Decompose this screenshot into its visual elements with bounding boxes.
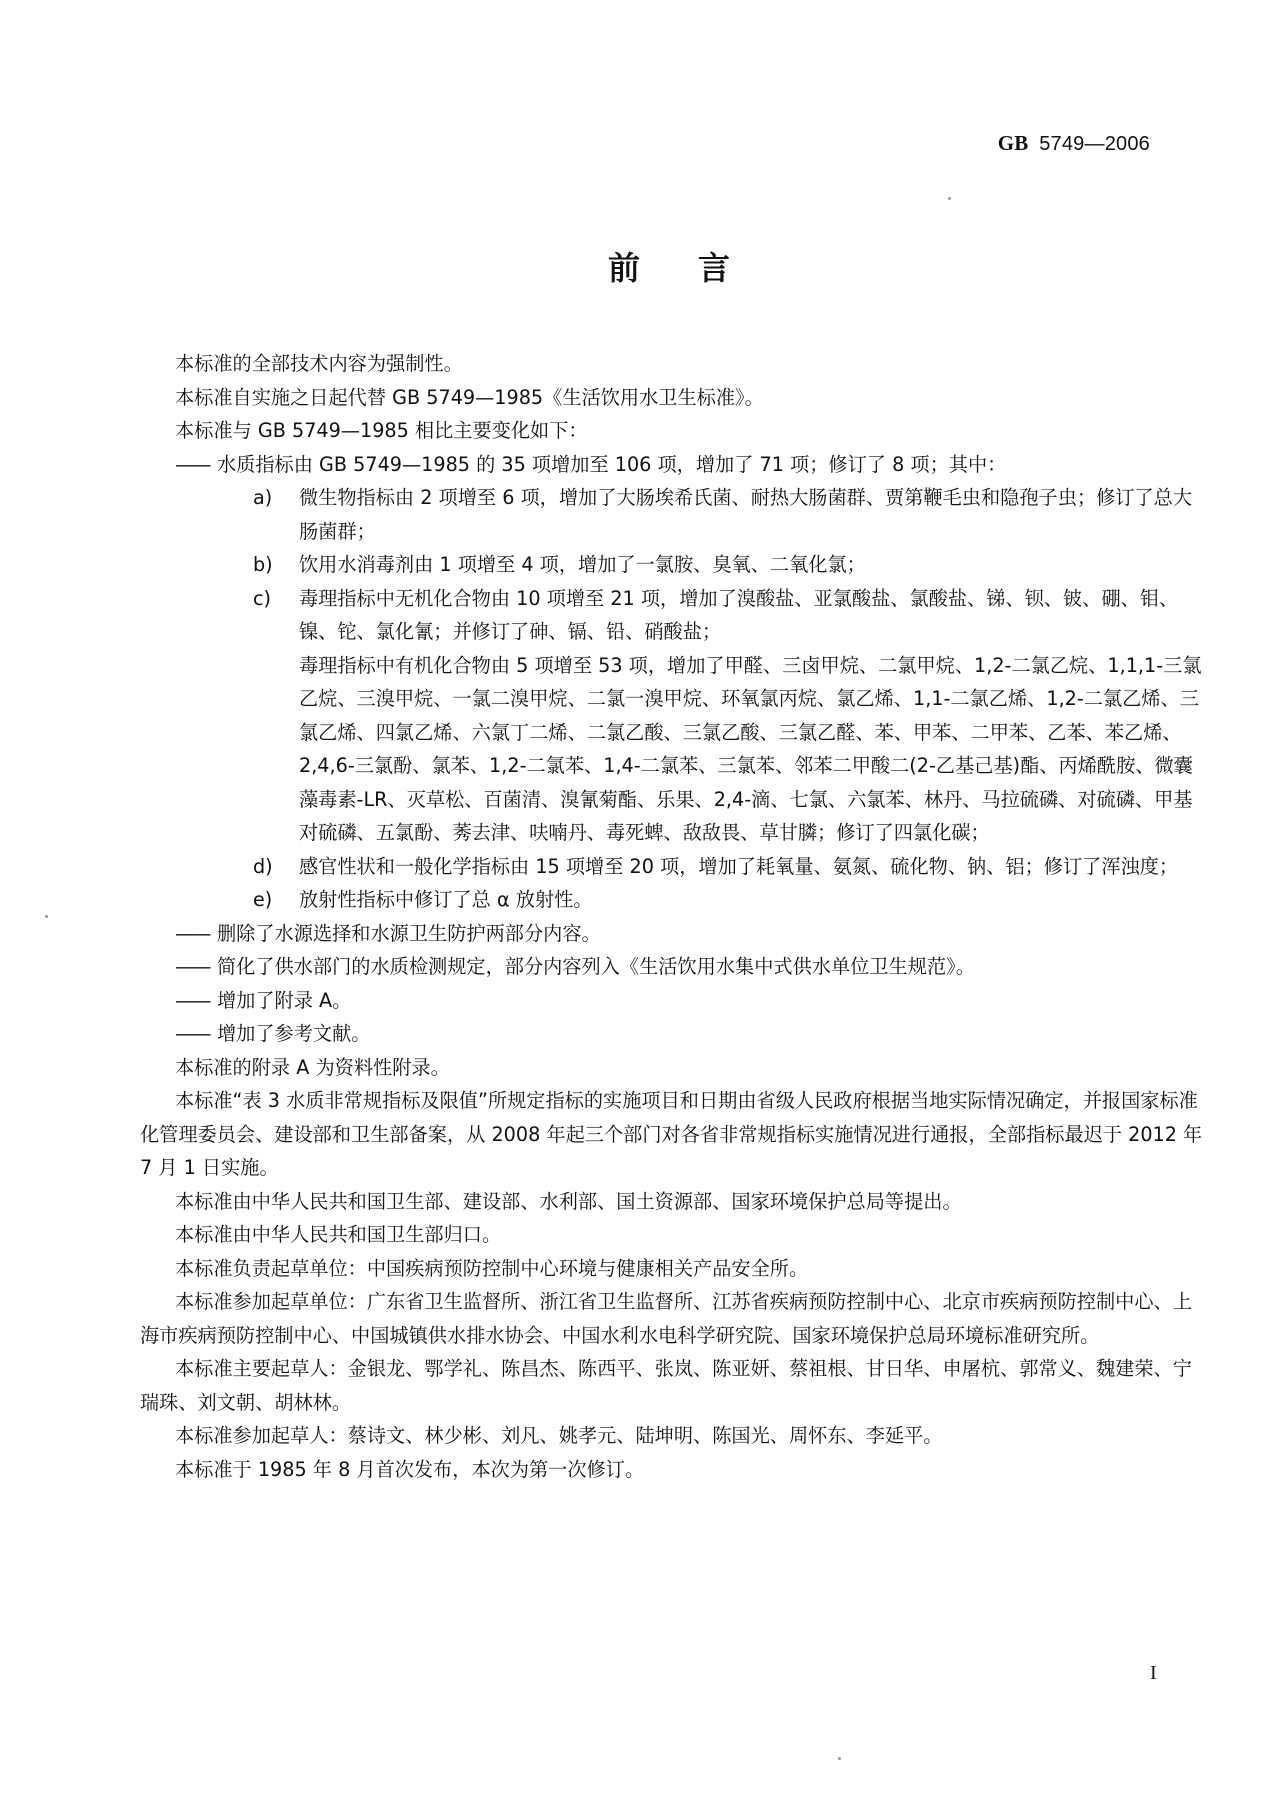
list-item-c: c) 毒理指标中无机化合物由 10 项增至 21 项，增加了溴酸盐、亚氯酸盐、氯… [140, 582, 1208, 649]
foreword-body: 本标准的全部技术内容为强制性。 本标准自实施之日起代替 GB 5749—1985… [140, 347, 1208, 1486]
dash-item-removed: ——删除了水源选择和水源卫生防护两部分内容。 [140, 917, 1208, 951]
scan-speck [45, 915, 48, 918]
standard-code: GB 5749—2006 [998, 131, 1150, 156]
paragraph-centralized-by: 本标准由中华人民共和国卫生部归口。 [140, 1218, 1208, 1252]
list-item-a: a) 微生物指标由 2 项增至 6 项，增加了大肠埃希氏菌、耐热大肠菌群、贾第鞭… [140, 481, 1208, 548]
dash-item-references: ——增加了参考文献。 [140, 1017, 1208, 1051]
standard-number: 5749—2006 [1039, 133, 1150, 155]
dash-item-indicators: ——水质指标由 GB 5749—1985 的 35 项增加至 106 项，增加了… [140, 448, 1208, 482]
paragraph-main-drafters: 本标准主要起草人：金银龙、鄂学礼、陈昌杰、陈西平、张岚、陈亚妍、蔡祖根、甘日华、… [140, 1352, 1208, 1419]
paragraph-history: 本标准于 1985 年 8 月首次发布，本次为第一次修订。 [140, 1453, 1208, 1487]
paragraph-proposed-by: 本标准由中华人民共和国卫生部、建设部、水利部、国土资源部、国家环境保护总局等提出… [140, 1185, 1208, 1219]
paragraph-changes-intro: 本标准与 GB 5749—1985 相比主要变化如下： [140, 414, 1208, 448]
paragraph-replaces: 本标准自实施之日起代替 GB 5749—1985《生活饮用水卫生标准》。 [140, 381, 1208, 415]
dash-mark: —— [175, 950, 217, 984]
dash-mark: —— [175, 1017, 217, 1051]
item-text: 放射性指标中修订了总 α 放射性。 [299, 888, 592, 911]
paragraph-implementation: 本标准“表 3 水质非常规指标及限值”所规定指标的实施项目和日期由省级人民政府根… [140, 1084, 1208, 1185]
item-text: 感官性状和一般化学指标由 15 项增至 20 项，增加了耗氧量、氨氮、硫化物、钠… [299, 855, 1178, 878]
page-title: 前言 [0, 243, 1280, 289]
standard-prefix: GB [998, 131, 1029, 155]
item-label: c) [253, 582, 271, 616]
list-item-b: b) 饮用水消毒剂由 1 项增至 4 项，增加了一氯胺、臭氧、二氧化氯； [140, 548, 1208, 582]
paragraph-drafting-unit: 本标准负责起草单位：中国疾病预防控制中心环境与健康相关产品安全所。 [140, 1252, 1208, 1286]
paragraph-participating-units: 本标准参加起草单位：广东省卫生监督所、浙江省卫生监督所、江苏省疾病预防控制中心、… [140, 1285, 1208, 1352]
item-text: 饮用水消毒剂由 1 项增至 4 项，增加了一氯胺、臭氧、二氧化氯； [299, 553, 866, 576]
document-page: GB 5749—2006 前言 本标准的全部技术内容为强制性。 本标准自实施之日… [0, 0, 1280, 1800]
dash-item-appendix: ——增加了附录 A。 [140, 984, 1208, 1018]
dash-mark: —— [175, 984, 217, 1018]
list-item-e: e) 放射性指标中修订了总 α 放射性。 [140, 883, 1208, 917]
item-label: a) [253, 481, 272, 515]
scan-speck [838, 1757, 841, 1760]
page-number: I [1150, 1662, 1157, 1685]
paragraph-mandatory: 本标准的全部技术内容为强制性。 [140, 347, 1208, 381]
item-text: 微生物指标由 2 项增至 6 项，增加了大肠埃希氏菌、耐热大肠菌群、贾第鞭毛虫和… [299, 486, 1192, 543]
item-text: 毒理指标中无机化合物由 10 项增至 21 项，增加了溴酸盐、亚氯酸盐、氯酸盐、… [299, 587, 1178, 644]
item-label: b) [253, 548, 273, 582]
item-label: d) [253, 850, 273, 884]
dash-mark: —— [175, 448, 217, 482]
dash-item-simplified: ——简化了供水部门的水质检测规定，部分内容列入《生活饮用水集中式供水单位卫生规范… [140, 950, 1208, 984]
item-label: e) [253, 883, 272, 917]
paragraph-participating-drafters: 本标准参加起草人：蔡诗文、林少彬、刘凡、姚孝元、陆坤明、陈国光、周怀东、李延平。 [140, 1419, 1208, 1453]
dash-mark: —— [175, 917, 217, 951]
scan-speck [948, 197, 951, 200]
paragraph-appendix-informative: 本标准的附录 A 为资料性附录。 [140, 1051, 1208, 1085]
list-item-c-organic: 毒理指标中有机化合物由 5 项增至 53 项，增加了甲醛、三卤甲烷、二氯甲烷、1… [140, 649, 1208, 850]
list-item-d: d) 感官性状和一般化学指标由 15 项增至 20 项，增加了耗氧量、氨氮、硫化… [140, 850, 1208, 884]
